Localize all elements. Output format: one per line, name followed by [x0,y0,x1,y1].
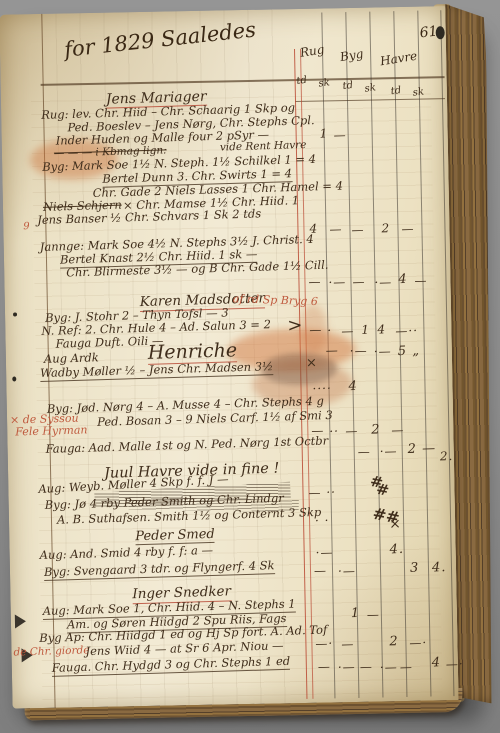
manuscript-line: — [367,608,380,620]
ledger-book: for 1829 Saaledes 61 RugBygHavre tdsktds… [0,3,497,720]
manuscript-line: ·· [329,425,339,437]
manuscript-line: ·— [350,345,368,358]
manuscript-line: 4 [348,380,358,393]
manuscript-line: 5 „ [398,344,421,358]
manuscript-line: ·— [380,661,398,674]
manuscript-line: ·— [338,565,356,578]
marginal-note-red: Fele Hyrman [15,424,88,437]
manuscript-line: vide Rent Havre [220,140,307,153]
ledger-page: for 1829 Saaledes 61 RugBygHavre tdsktds… [0,6,459,708]
manuscript-line: ·— [328,276,346,289]
column-unit-label: sk [318,78,330,89]
manuscript-line: — [341,638,354,650]
manuscript-line: — [326,344,339,356]
manuscript-line: 4. [389,543,404,556]
manuscript-line: —·· [395,324,418,337]
manuscript-line: — [352,276,365,288]
manuscript-line: 4. [432,561,447,574]
manuscript-line: ·— [380,445,398,458]
manuscript-line: 2 — [408,442,437,456]
manuscript-line: — [329,223,342,235]
manuscript-line: — [358,446,371,458]
manuscript-line: > [287,317,303,335]
manuscript-line: — [333,129,346,141]
manuscript-line: — ·· [308,486,336,499]
manuscript-line: 1 [319,127,328,139]
manuscript-line: 4 [377,323,386,335]
column-group-label: Rug [299,43,325,59]
manuscript-line: — [309,323,322,335]
manuscript-line: 4 [398,273,408,286]
manuscript-line: 2. [440,450,454,462]
manuscript-line: ·— [374,276,392,289]
manuscript-line: × [306,357,317,370]
manuscript-line: × [389,517,401,531]
manuscript-line: ·— [374,345,392,358]
column-unit-label: sk [412,87,424,98]
column-unit-label: td [296,76,308,87]
marginal-note-red: de Chr. giorde [13,645,89,658]
page-number: 61 [419,23,439,41]
manuscript-line: — [401,223,414,235]
marginal-mark-red: 9 [23,222,30,232]
manuscript-line: 1 [351,607,361,620]
manuscript-line: 2 [371,423,381,436]
paper-speck [13,312,17,316]
manuscript-line: —· [446,658,464,671]
column-unit-label: sk [364,83,376,94]
manuscript-line: — [391,424,404,436]
paper-tear-notch [15,614,26,628]
manuscript-line: 2 [389,635,399,648]
photo-of-ledger-page: for 1829 Saaledes 61 RugBygHavre tdsktds… [0,0,500,733]
paper-speck [12,376,16,381]
manuscript-line: — [341,325,354,337]
manuscript-line: · [327,324,332,336]
manuscript-line: 4 [432,656,442,669]
manuscript-line: — [351,224,364,236]
manuscript-line: 1 [361,324,370,336]
manuscript-line: — [360,661,373,673]
manuscript-line: ·— [315,546,333,559]
manuscript-line: ·— [338,661,356,674]
manuscript-line: · · [315,514,330,526]
manuscript-line: — [318,660,331,672]
column-unit-label: td [342,81,354,92]
manuscript-line: — [414,274,427,286]
manuscript-line: 3 [410,562,420,575]
manuscript-line: — [314,564,327,576]
column-group-label: Byg [339,48,364,64]
manuscript-line: — [308,275,321,287]
manuscript-line: — [345,425,358,437]
manuscript-line: — [400,661,413,673]
manuscript-line: Aug Ardk [44,352,99,365]
column-unit-label: td [390,86,402,97]
manuscript-line: af rd Sp Bryg 6 [233,293,318,307]
manuscript-line: 2 [381,222,390,234]
manuscript-line: —· [315,637,333,650]
manuscript-line: —· [409,636,427,649]
column-group-label: Havre [379,50,418,68]
